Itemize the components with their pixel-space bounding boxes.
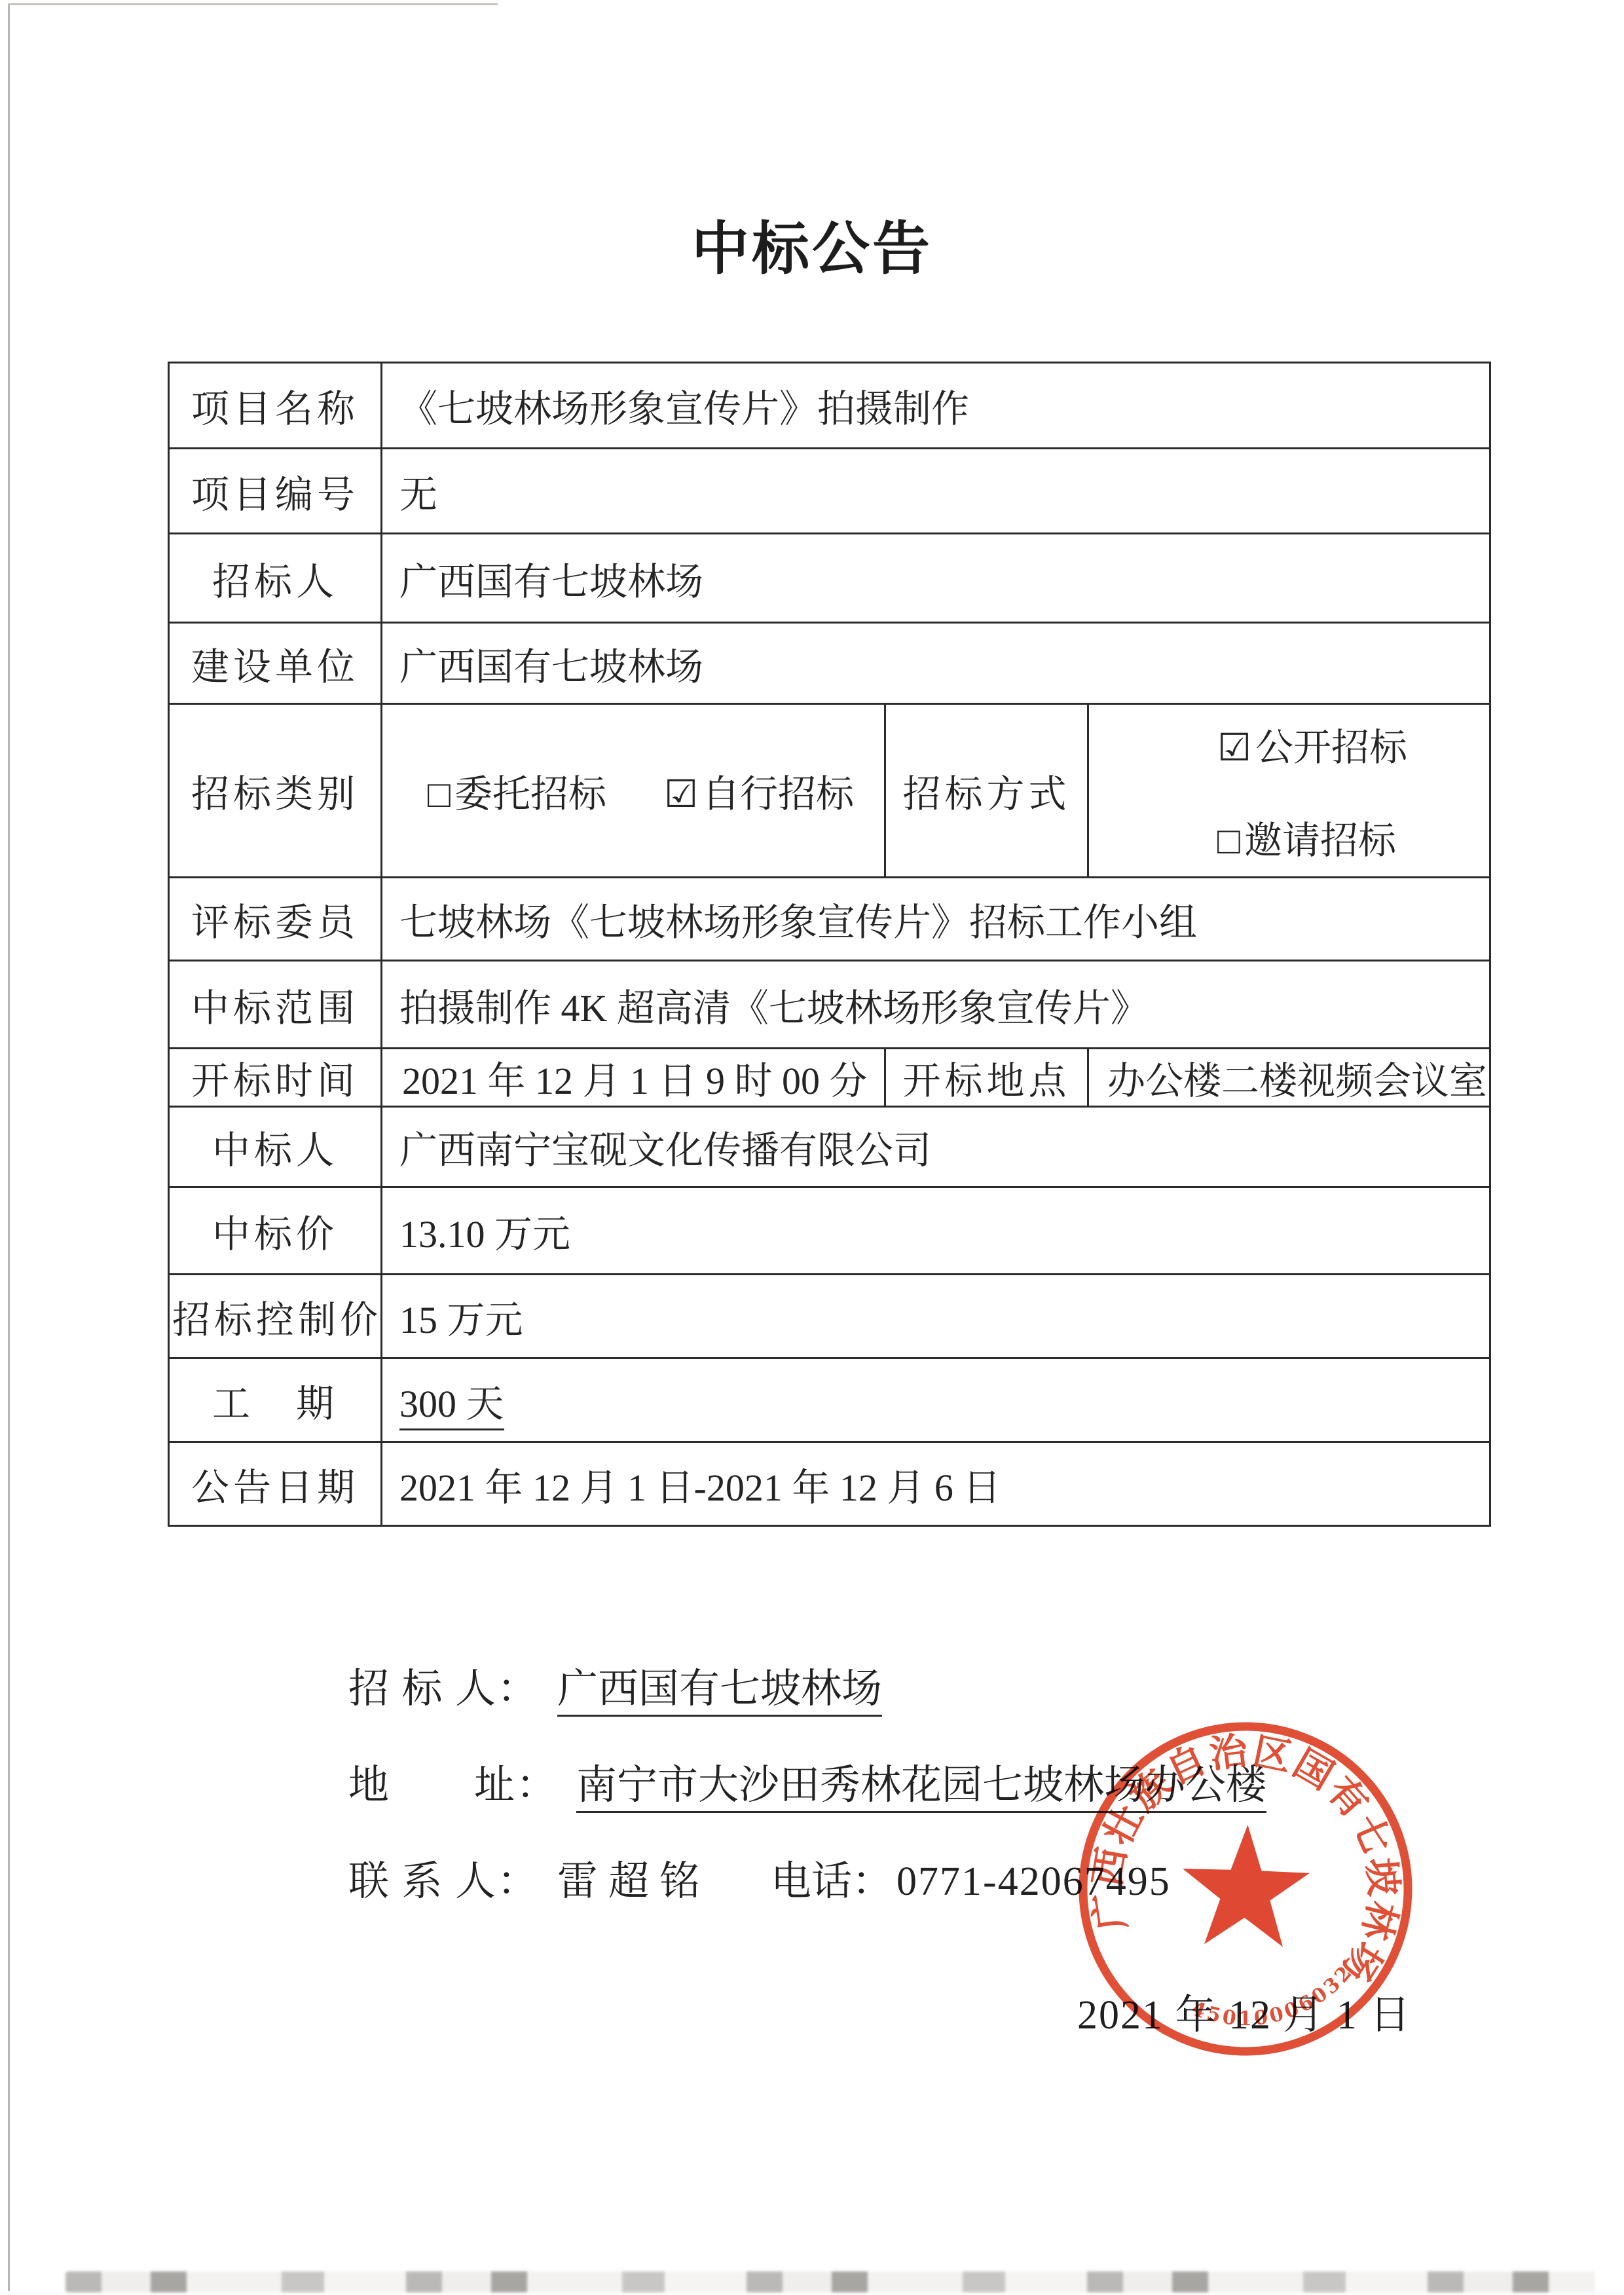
table-row: 中标价 13.10 万元 bbox=[169, 1187, 1490, 1275]
row-label-construction-unit: 建设单位 bbox=[169, 623, 382, 704]
checkbox-checked-icon: ☑ bbox=[1217, 725, 1251, 770]
table-row: 工 期 300 天 bbox=[169, 1358, 1490, 1442]
row-value-opening-place: 办公楼二楼视频会议室 bbox=[1088, 1049, 1490, 1107]
scan-edge-top-line bbox=[8, 3, 498, 5]
row-label-opening-place: 开标地点 bbox=[885, 1049, 1088, 1107]
row-value-award-scope: 拍摄制作 4K 超高清《七坡林场形象宣传片》 bbox=[382, 961, 1490, 1049]
checkbox-unchecked-icon: □ bbox=[428, 772, 451, 816]
row-label-opening-time: 开标时间 bbox=[169, 1049, 382, 1107]
table-row: 中标范围 拍摄制作 4K 超高清《七坡林场形象宣传片》 bbox=[169, 961, 1490, 1049]
checkbox-checked-icon: ☑ bbox=[664, 772, 698, 816]
checkbox-label: 委托招标 bbox=[454, 773, 606, 815]
table-row: 评标委员 七坡林场《七坡林场形象宣传片》招标工作小组 bbox=[169, 878, 1490, 961]
row-value-announcement-date: 2021 年 12 月 1 日-2021 年 12 月 6 日 bbox=[382, 1442, 1490, 1526]
row-value-project-number: 无 bbox=[382, 449, 1490, 534]
official-seal: 广西壮族自治区国有七坡林场 4501000603251 bbox=[1061, 1705, 1430, 2074]
footer-tenderer-line: 招 标 人：广西国有七坡林场 bbox=[348, 1656, 882, 1714]
checkbox-public-tender: ☑公开招标 bbox=[1217, 717, 1488, 772]
row-label-award-scope: 中标范围 bbox=[169, 961, 382, 1049]
table-row: 招标控制价 15 万元 bbox=[169, 1275, 1490, 1358]
row-label-duration: 工 期 bbox=[169, 1358, 382, 1442]
table-row: 招标人 广西国有七坡林场 bbox=[169, 534, 1490, 623]
table-row-bid-opening: 开标时间 2021 年 12 月 1 日 9 时 00 分 开标地点 办公楼二楼… bbox=[169, 1049, 1490, 1107]
row-value-opening-time: 2021 年 12 月 1 日 9 时 00 分 bbox=[382, 1049, 885, 1107]
footer-tenderer-label: 招 标 人： bbox=[348, 1656, 539, 1714]
row-label-evaluation-committee: 评标委员 bbox=[169, 878, 382, 961]
row-label-control-price: 招标控制价 bbox=[169, 1275, 382, 1358]
table-row: 建设单位 广西国有七坡林场 bbox=[169, 623, 1490, 704]
row-label-tender-category: 招标类别 bbox=[169, 704, 382, 878]
checkbox-unchecked-icon: □ bbox=[1217, 819, 1240, 863]
duration-underlined-value: 300 天 bbox=[399, 1383, 504, 1430]
tender-method-options-cell: ☑公开招标 □邀请招标 bbox=[1088, 704, 1490, 878]
row-label-project-name: 项目名称 bbox=[169, 363, 382, 449]
table-row: 公告日期 2021 年 12 月 1 日-2021 年 12 月 6 日 bbox=[169, 1442, 1490, 1526]
footer-contact-name: 雷超铭 bbox=[557, 1859, 710, 1904]
scan-edge-left-line bbox=[8, 4, 10, 2291]
row-value-duration: 300 天 bbox=[382, 1358, 1490, 1442]
footer-phone-label: 电话： bbox=[771, 1859, 893, 1904]
scan-edge-bottom-band bbox=[65, 2271, 1595, 2292]
seal-star-icon bbox=[1180, 1823, 1311, 1948]
footer-address-label: 地 址： bbox=[348, 1752, 558, 1810]
footer-tenderer-value: 广西国有七坡林场 bbox=[557, 1667, 882, 1717]
row-value-winner: 广西南宁宝砚文化传播有限公司 bbox=[382, 1107, 1490, 1187]
row-label-winning-price: 中标价 bbox=[169, 1187, 382, 1275]
checkbox-label: 邀请招标 bbox=[1244, 819, 1396, 862]
row-label-tender-method: 招标方式 bbox=[885, 704, 1088, 878]
checkbox-entrusted-tender: □委托招标 bbox=[428, 763, 606, 818]
table-row: 项目名称 《七坡林场形象宣传片》拍摄制作 bbox=[169, 363, 1490, 449]
row-label-announcement-date: 公告日期 bbox=[169, 1442, 382, 1526]
row-label-tenderer: 招标人 bbox=[169, 534, 382, 623]
table-row-tender-category: 招标类别 □委托招标 ☑自行招标 招标方式 ☑公开招标 bbox=[169, 704, 1490, 878]
row-label-winner: 中标人 bbox=[169, 1107, 382, 1187]
row-value-evaluation-committee: 七坡林场《七坡林场形象宣传片》招标工作小组 bbox=[382, 878, 1490, 961]
row-value-control-price: 15 万元 bbox=[382, 1275, 1490, 1358]
row-value-tenderer: 广西国有七坡林场 bbox=[382, 534, 1490, 623]
bid-announcement-table: 项目名称 《七坡林场形象宣传片》拍摄制作 项目编号 无 招标人 广西国有七坡林场… bbox=[168, 362, 1491, 1527]
row-value-winning-price: 13.10 万元 bbox=[382, 1187, 1490, 1275]
checkbox-invited-tender: □邀请招标 bbox=[1217, 810, 1488, 865]
page-title: 中标公告 bbox=[0, 203, 1624, 286]
row-value-project-name: 《七坡林场形象宣传片》拍摄制作 bbox=[382, 363, 1490, 449]
row-value-construction-unit: 广西国有七坡林场 bbox=[382, 623, 1490, 704]
footer-contact-line: 联 系 人：雷超铭电话：0771-42067495 bbox=[348, 1848, 1171, 1907]
footer-contact-label: 联 系 人： bbox=[348, 1848, 539, 1907]
row-label-project-number: 项目编号 bbox=[169, 449, 382, 534]
table-row: 项目编号 无 bbox=[169, 449, 1490, 534]
tender-category-options-cell: □委托招标 ☑自行招标 bbox=[382, 704, 885, 878]
scanned-document-page: 中标公告 项目名称 《七坡林场形象宣传片》拍摄制作 项目编号 无 招标人 广西国… bbox=[0, 0, 1624, 2295]
checkbox-label: 公开招标 bbox=[1255, 726, 1407, 769]
table-row: 中标人 广西南宁宝砚文化传播有限公司 bbox=[169, 1107, 1490, 1187]
checkbox-label: 自行招标 bbox=[702, 773, 854, 815]
checkbox-self-tender: ☑自行招标 bbox=[664, 763, 854, 818]
